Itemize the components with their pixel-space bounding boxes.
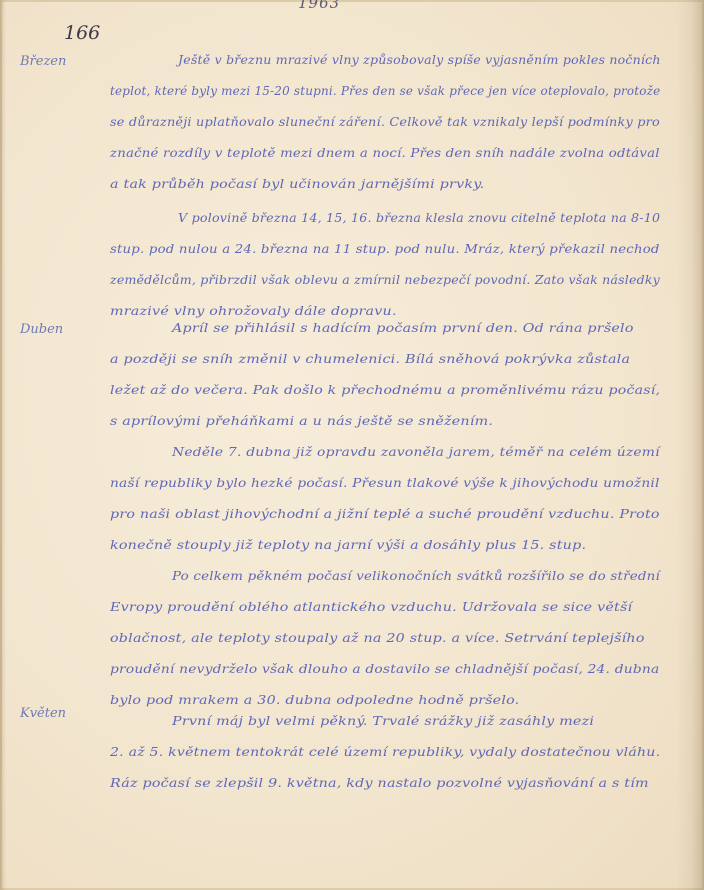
page-edge-right [676, 0, 704, 890]
page-edge-left [0, 0, 6, 890]
text-line: a tak průběh počasí byl učinován jarnějš… [110, 176, 484, 191]
month-label-kveten: Květen [20, 706, 66, 721]
text-line: V polovině března 14, 15, 16. března kle… [178, 210, 660, 225]
text-line: zemědělcům, přibrzdil však oblevu a zmír… [110, 272, 660, 287]
text-line: Po celkem pěkném počasí velikonočních sv… [172, 568, 660, 583]
text-line: teplot, které byly mezi 15-20 stupni. Př… [110, 83, 660, 98]
text-line: naší republiky bylo hezké počasí. Přesun… [110, 475, 660, 490]
text-line: pro naši oblast jihovýchodní a jižní tep… [110, 506, 660, 521]
month-label-brezen: Březen [20, 54, 66, 69]
year-heading: 1963 [298, 0, 340, 12]
text-line: ležet až do večera. Pak došlo k přechodn… [110, 382, 660, 397]
text-line: proudění nevydrželo však dlouho a dostav… [110, 661, 659, 676]
text-line: Ještě v březnu mrazivé vlny způsobovaly … [178, 52, 661, 67]
text-line: oblačnost, ale teploty stoupaly až na 20… [110, 630, 645, 645]
page-number: 166 [64, 22, 100, 44]
manuscript-page: 1963 166 Březen Ještě v březnu mrazivé v… [0, 0, 704, 890]
text-line: stup. pod nulou a 24. března na 11 stup.… [110, 241, 660, 256]
text-line: značné rozdíly v teplotě mezi dnem a noc… [110, 145, 660, 160]
text-line: 2. až 5. květnem tentokrát celé území re… [110, 744, 660, 759]
month-label-duben: Duben [20, 322, 63, 337]
text-line: se důrazněji uplatňovalo sluneční záření… [110, 114, 660, 129]
text-line: Neděle 7. dubna již opravdu zavoněla jar… [172, 444, 660, 459]
text-line: Ráz počasí se zlepšil 9. května, kdy nas… [110, 775, 649, 790]
text-line: mrazivé vlny ohrožovaly dále dopravu. [110, 303, 397, 318]
text-line: konečně stouply již teploty na jarní výš… [110, 537, 586, 552]
text-line: První máj byl velmi pěkný. Trvalé srážky… [172, 713, 594, 728]
text-line: Evropy proudění oblého atlantického vzdu… [110, 599, 632, 614]
text-line: s aprílovými přeháňkami a u nás ještě se… [110, 413, 493, 428]
text-line: Apríl se přihlásil s hadícím počasím prv… [172, 320, 634, 335]
text-line: a později se sníh změnil v chumelenici. … [110, 351, 630, 366]
text-line: bylo pod mrakem a 30. dubna odpoledne ho… [110, 692, 519, 707]
